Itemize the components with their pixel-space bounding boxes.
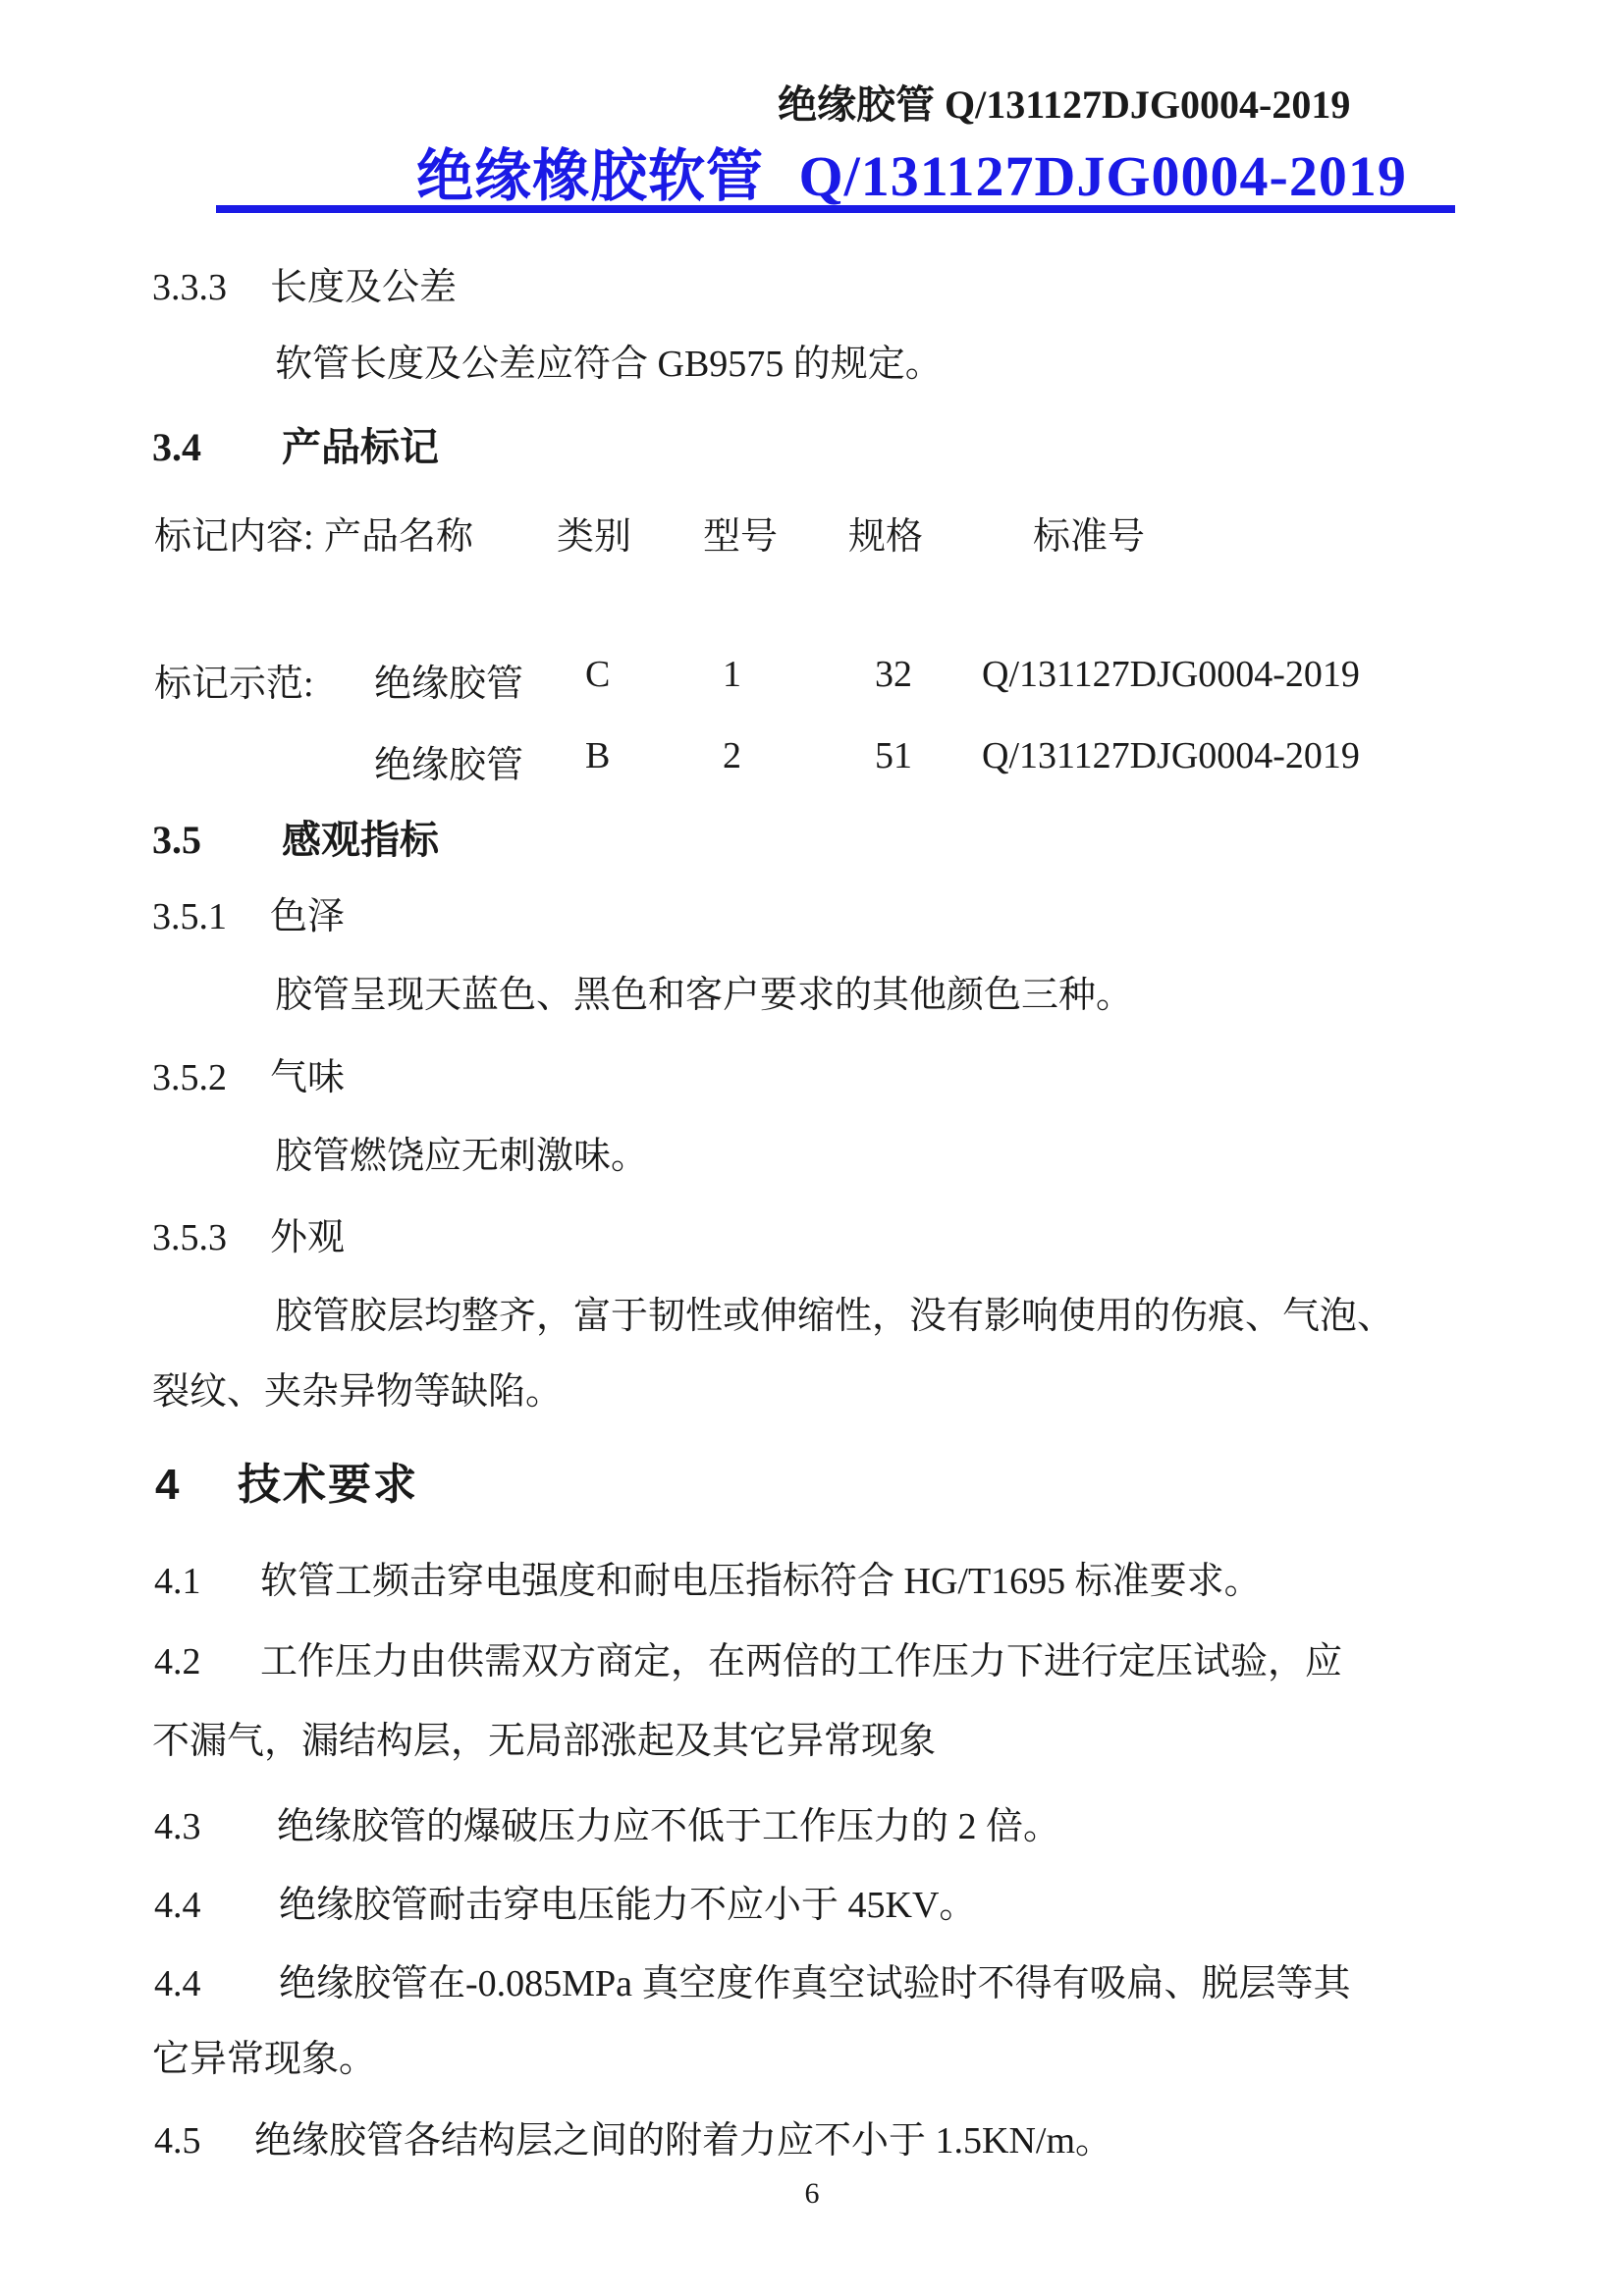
marking-example-label: 标记示范: <box>154 653 314 707</box>
section-number: 4 <box>155 1458 238 1512</box>
requirement-4-3: 4.3绝缘胶管的爆破压力应不低于工作压力的 2 倍。 <box>154 1804 1060 1851</box>
marking-header-row: 标记内容: 产品名称 类别 型号 规格 标准号 <box>0 506 1624 555</box>
section-title: 产品标记 <box>282 425 439 469</box>
section-heading-3-5-2: 3.5.2气味 <box>152 1055 345 1102</box>
requirement-4-2-line-2: 不漏气，漏结构层，无局部涨起及其它异常现象 <box>152 1719 936 1766</box>
paragraph-3-5-3-line-2: 裂纹、夹杂异物等缺陷。 <box>152 1369 563 1416</box>
section-title: 长度及公差 <box>270 267 457 308</box>
section-number: 3.5.3 <box>152 1215 270 1262</box>
requirement-text: 软管工频击穿电强度和耐电压指标符合 HG/T1695 标准要求。 <box>260 1561 1262 1602</box>
section-number: 3.3.3 <box>152 265 270 312</box>
marking-col-category: 类别 <box>557 506 631 560</box>
section-title: 色泽 <box>270 896 345 937</box>
document-page: 绝缘胶管 Q/131127DJG0004-2019 绝缘橡胶软管 Q/13112… <box>0 0 1624 2296</box>
requirement-text: 绝缘胶管的爆破压力应不低于工作压力的 2 倍。 <box>277 1806 1060 1847</box>
marking-example-row-1: 标记示范: 绝缘胶管 C 1 32 Q/131127DJG0004-2019 <box>0 653 1624 702</box>
requirement-4-4-a: 4.4绝缘胶管耐击穿电压能力不应小于 45KV。 <box>154 1883 976 1930</box>
section-heading-3-5-3: 3.5.3外观 <box>152 1215 345 1262</box>
requirement-4-4-b: 4.4绝缘胶管在-0.085MPa 真空度作真空试验时不得有吸扁、脱层等其 <box>154 1961 1350 2008</box>
marking-row-name: 绝缘胶管 <box>374 653 523 707</box>
requirement-number: 4.4 <box>154 1961 279 2008</box>
requirement-number: 4.2 <box>154 1639 260 1686</box>
requirement-text: 绝缘胶管在-0.085MPa 真空度作真空试验时不得有吸扁、脱层等其 <box>279 1963 1350 2004</box>
requirement-4-1: 4.1软管工频击穿电强度和耐电压指标符合 HG/T1695 标准要求。 <box>154 1559 1262 1606</box>
section-heading-3-3-3: 3.3.3长度及公差 <box>152 265 457 312</box>
paragraph-3-5-3-line-1: 胶管胶层均整齐，富于韧性或伸缩性，没有影响使用的伤痕、气泡、 <box>275 1294 1394 1341</box>
section-number: 3.5.2 <box>152 1055 270 1102</box>
marking-row-category: C <box>585 653 610 696</box>
requirement-number: 4.1 <box>154 1559 260 1606</box>
marking-example-row-2: 绝缘胶管 B 2 51 Q/131127DJG0004-2019 <box>0 734 1624 783</box>
marking-row-standard: Q/131127DJG0004-2019 <box>982 734 1360 777</box>
requirement-4-4-b-line-2: 它异常现象。 <box>152 2037 376 2084</box>
section-title: 外观 <box>270 1217 345 1258</box>
marking-row-name: 绝缘胶管 <box>374 734 523 788</box>
requirement-4-2: 4.2工作压力由供需双方商定，在两倍的工作压力下进行定压试验，应 <box>154 1639 1342 1686</box>
section-heading-4: 4技术要求 <box>155 1458 418 1512</box>
section-number: 3.4 <box>152 423 282 472</box>
section-title: 感观指标 <box>282 818 439 862</box>
section-number: 3.5.1 <box>152 894 270 941</box>
section-number: 3.5 <box>152 816 282 865</box>
marking-col-standard: 标准号 <box>1033 506 1145 560</box>
requirement-4-5: 4.5绝缘胶管各结构层之间的附着力应不小于 1.5KN/m。 <box>154 2118 1112 2165</box>
running-header-title: 绝缘胶管 Q/131127DJG0004-2019 <box>778 80 1350 130</box>
section-title: 技术要求 <box>238 1461 418 1509</box>
section-heading-3-5: 3.5感观指标 <box>152 816 439 865</box>
paragraph-3-5-1: 胶管呈现天蓝色、黑色和客户要求的其他颜色三种。 <box>275 973 1133 1020</box>
marking-row-model: 2 <box>723 734 741 777</box>
marking-col-model: 型号 <box>703 506 778 560</box>
requirement-number: 4.4 <box>154 1883 279 1930</box>
requirement-number: 4.3 <box>154 1804 277 1851</box>
marking-row-spec: 32 <box>875 653 912 696</box>
requirement-text: 绝缘胶管各结构层之间的附着力应不小于 1.5KN/m。 <box>254 2120 1112 2162</box>
marking-row-standard: Q/131127DJG0004-2019 <box>982 653 1360 696</box>
section-heading-3-5-1: 3.5.1色泽 <box>152 894 345 941</box>
marking-col-product-name: 产品名称 <box>324 506 473 560</box>
paragraph-3-3-3: 软管长度及公差应符合 GB9575 的规定。 <box>275 342 943 389</box>
section-heading-3-4: 3.4产品标记 <box>152 423 439 472</box>
document-title: 绝缘橡胶软管 Q/131127DJG0004-2019 <box>416 141 1407 213</box>
section-title: 气味 <box>270 1057 345 1098</box>
page-number: 6 <box>0 2177 1624 2211</box>
marking-content-label: 标记内容: <box>154 506 314 560</box>
marking-col-spec: 规格 <box>848 506 923 560</box>
marking-row-model: 1 <box>723 653 741 696</box>
requirement-text: 工作压力由供需双方商定，在两倍的工作压力下进行定压试验，应 <box>260 1641 1342 1682</box>
marking-row-category: B <box>585 734 610 777</box>
title-underline-rule <box>216 205 1455 213</box>
requirement-number: 4.5 <box>154 2118 254 2165</box>
requirement-text: 绝缘胶管耐击穿电压能力不应小于 45KV。 <box>279 1885 976 1926</box>
marking-row-spec: 51 <box>875 734 912 777</box>
paragraph-3-5-2: 胶管燃饶应无刺激味。 <box>275 1134 648 1181</box>
